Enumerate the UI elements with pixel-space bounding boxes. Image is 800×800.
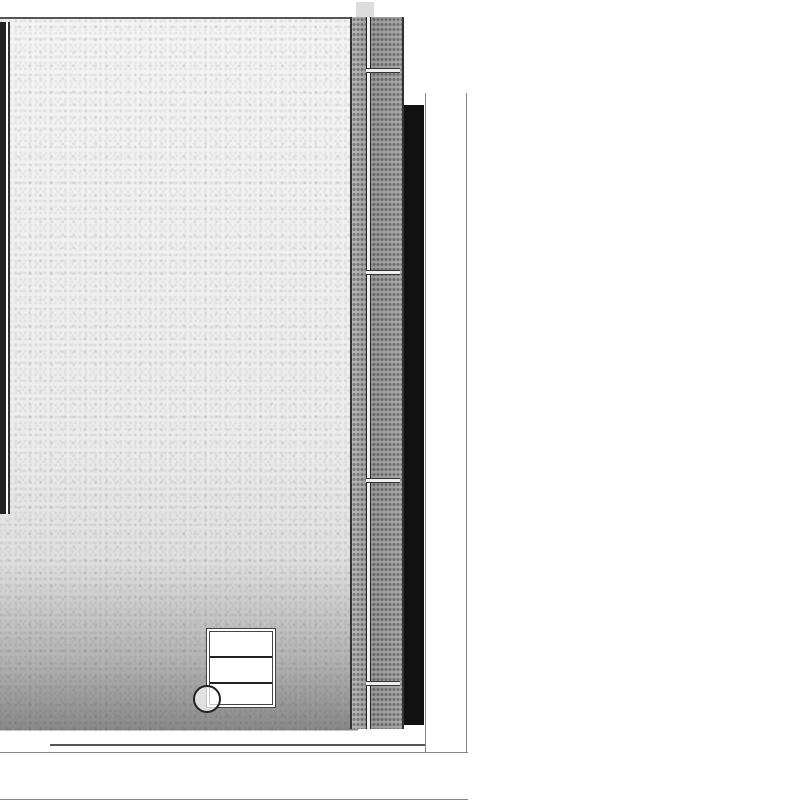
stitch <box>366 270 400 275</box>
label-row-class <box>210 632 272 658</box>
stitch <box>366 68 400 73</box>
seal-stamp <box>193 685 221 713</box>
top-tab <box>356 2 374 18</box>
vertical-ruler <box>425 93 467 753</box>
binding-thread <box>366 17 371 729</box>
cover-left-edge <box>0 22 8 514</box>
horizontal-ruler <box>0 752 468 800</box>
bottom-edge <box>50 744 430 746</box>
cover-stain <box>0 560 358 730</box>
book-spine <box>350 17 404 729</box>
stitch <box>366 681 400 686</box>
stitch <box>366 478 400 483</box>
label-row-blank <box>210 658 272 684</box>
